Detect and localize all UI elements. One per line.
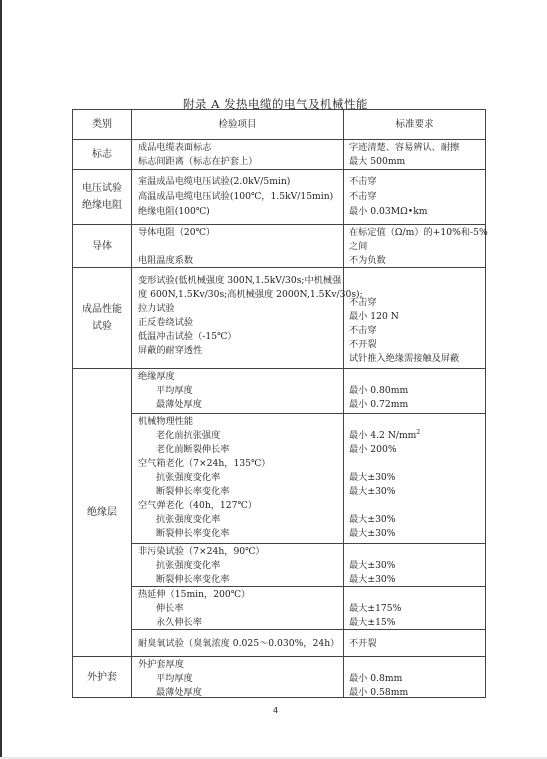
table-row: 电压试验 绝缘电阻 室温成品电缆电压试验(2.0kV/5min) 高温成品电缆电…: [73, 169, 485, 224]
requirements-cell: 在标定值（Ω/m）的+10%和-5% 之间 不为负数: [344, 225, 485, 267]
test-items-cell: 外护套厚度 平均厚度 最薄处厚度: [132, 657, 344, 698]
requirements-cell: 不击穿 最小 120 N 不击穿 不开裂 试针推入绝缘需接触及屏蔽: [344, 268, 485, 368]
test-items-cell: 导体电阻（20℃） 电阻温度系数: [132, 225, 344, 267]
test-items-cell: 变形试验(低机械强度 300N,1.5kV/30s;中机械强 度 600N,1.…: [132, 268, 344, 368]
properties-table: 类别 检验项目 标准要求 标志 成品电缆表面标志 标志间距离（标志在护套上） 字…: [72, 109, 486, 698]
document-page: 附录 A 发热电缆的电气及机械性能 类别 检验项目 标准要求 标志 成品电缆表面…: [0, 0, 547, 757]
header-category: 类别: [73, 110, 132, 139]
table-header-row: 类别 检验项目 标准要求: [73, 110, 485, 139]
table-row: 导体 导体电阻（20℃） 电阻温度系数 在标定值（Ω/m）的+10%和-5% 之…: [73, 224, 485, 267]
category-cell: 外护套: [73, 657, 132, 698]
header-requirement: 标准要求: [344, 110, 485, 139]
page-number: 4: [2, 706, 547, 715]
category-cell: 标志: [73, 140, 132, 169]
test-items-cell: 成品电缆表面标志 标志间距离（标志在护套上）: [132, 140, 344, 169]
requirements-cell: 最小 0.8mm 最小 0.58mm: [344, 657, 485, 698]
category-cell: 导体: [73, 225, 132, 267]
insulation-thickness-group: 绝缘厚度 平均厚度 最薄处厚度 最小 0.80mm 最小 0.72mm: [132, 369, 485, 413]
table-row: 外护套 外护套厚度 平均厚度 最薄处厚度 最小 0.8mm 最小 0.58mm: [73, 656, 485, 698]
category-cell: 绝缘层: [73, 369, 132, 656]
header-test-item: 检验项目: [132, 110, 344, 139]
category-cell: 成品性能 试验: [73, 268, 132, 368]
hot-set-group: 热延伸（15min，200℃） 伸长率 永久伸长率 最大±175% 最大±15%: [132, 586, 485, 630]
requirements-cell: 不击穿 不击穿 最小 0.03MΩ•km: [344, 170, 485, 224]
table-row: 标志 成品电缆表面标志 标志间距离（标志在护套上） 字迹清楚、容易辨认、耐擦 最…: [73, 139, 485, 169]
ozone-test-group: 耐臭氧试验（臭氧浓度 0.025～0.030%，24h） 不开裂: [132, 629, 485, 658]
test-items-cell: 室温成品电缆电压试验(2.0kV/5min) 高温成品电缆电压试验(100℃，1…: [132, 170, 344, 224]
requirements-cell: 字迹清楚、容易辨认、耐擦 最大 500mm: [344, 140, 485, 169]
table-row: 成品性能 试验 变形试验(低机械强度 300N,1.5kV/30s;中机械强 度…: [73, 267, 485, 368]
non-contamination-group: 非污染试验（7×24h，90℃） 抗张强度变化率 断裂伸长率变化率 最大±30%…: [132, 543, 485, 587]
mechanical-properties-group: 机械物理性能 老化前抗张强度 老化前断裂伸长率 空气箱老化（7×24h，135℃…: [132, 413, 485, 544]
table-row: 绝缘层 绝缘厚度 平均厚度 最薄处厚度 最小 0.80mm 最小 0.72mm: [73, 368, 485, 656]
category-cell: 电压试验 绝缘电阻: [73, 170, 132, 224]
